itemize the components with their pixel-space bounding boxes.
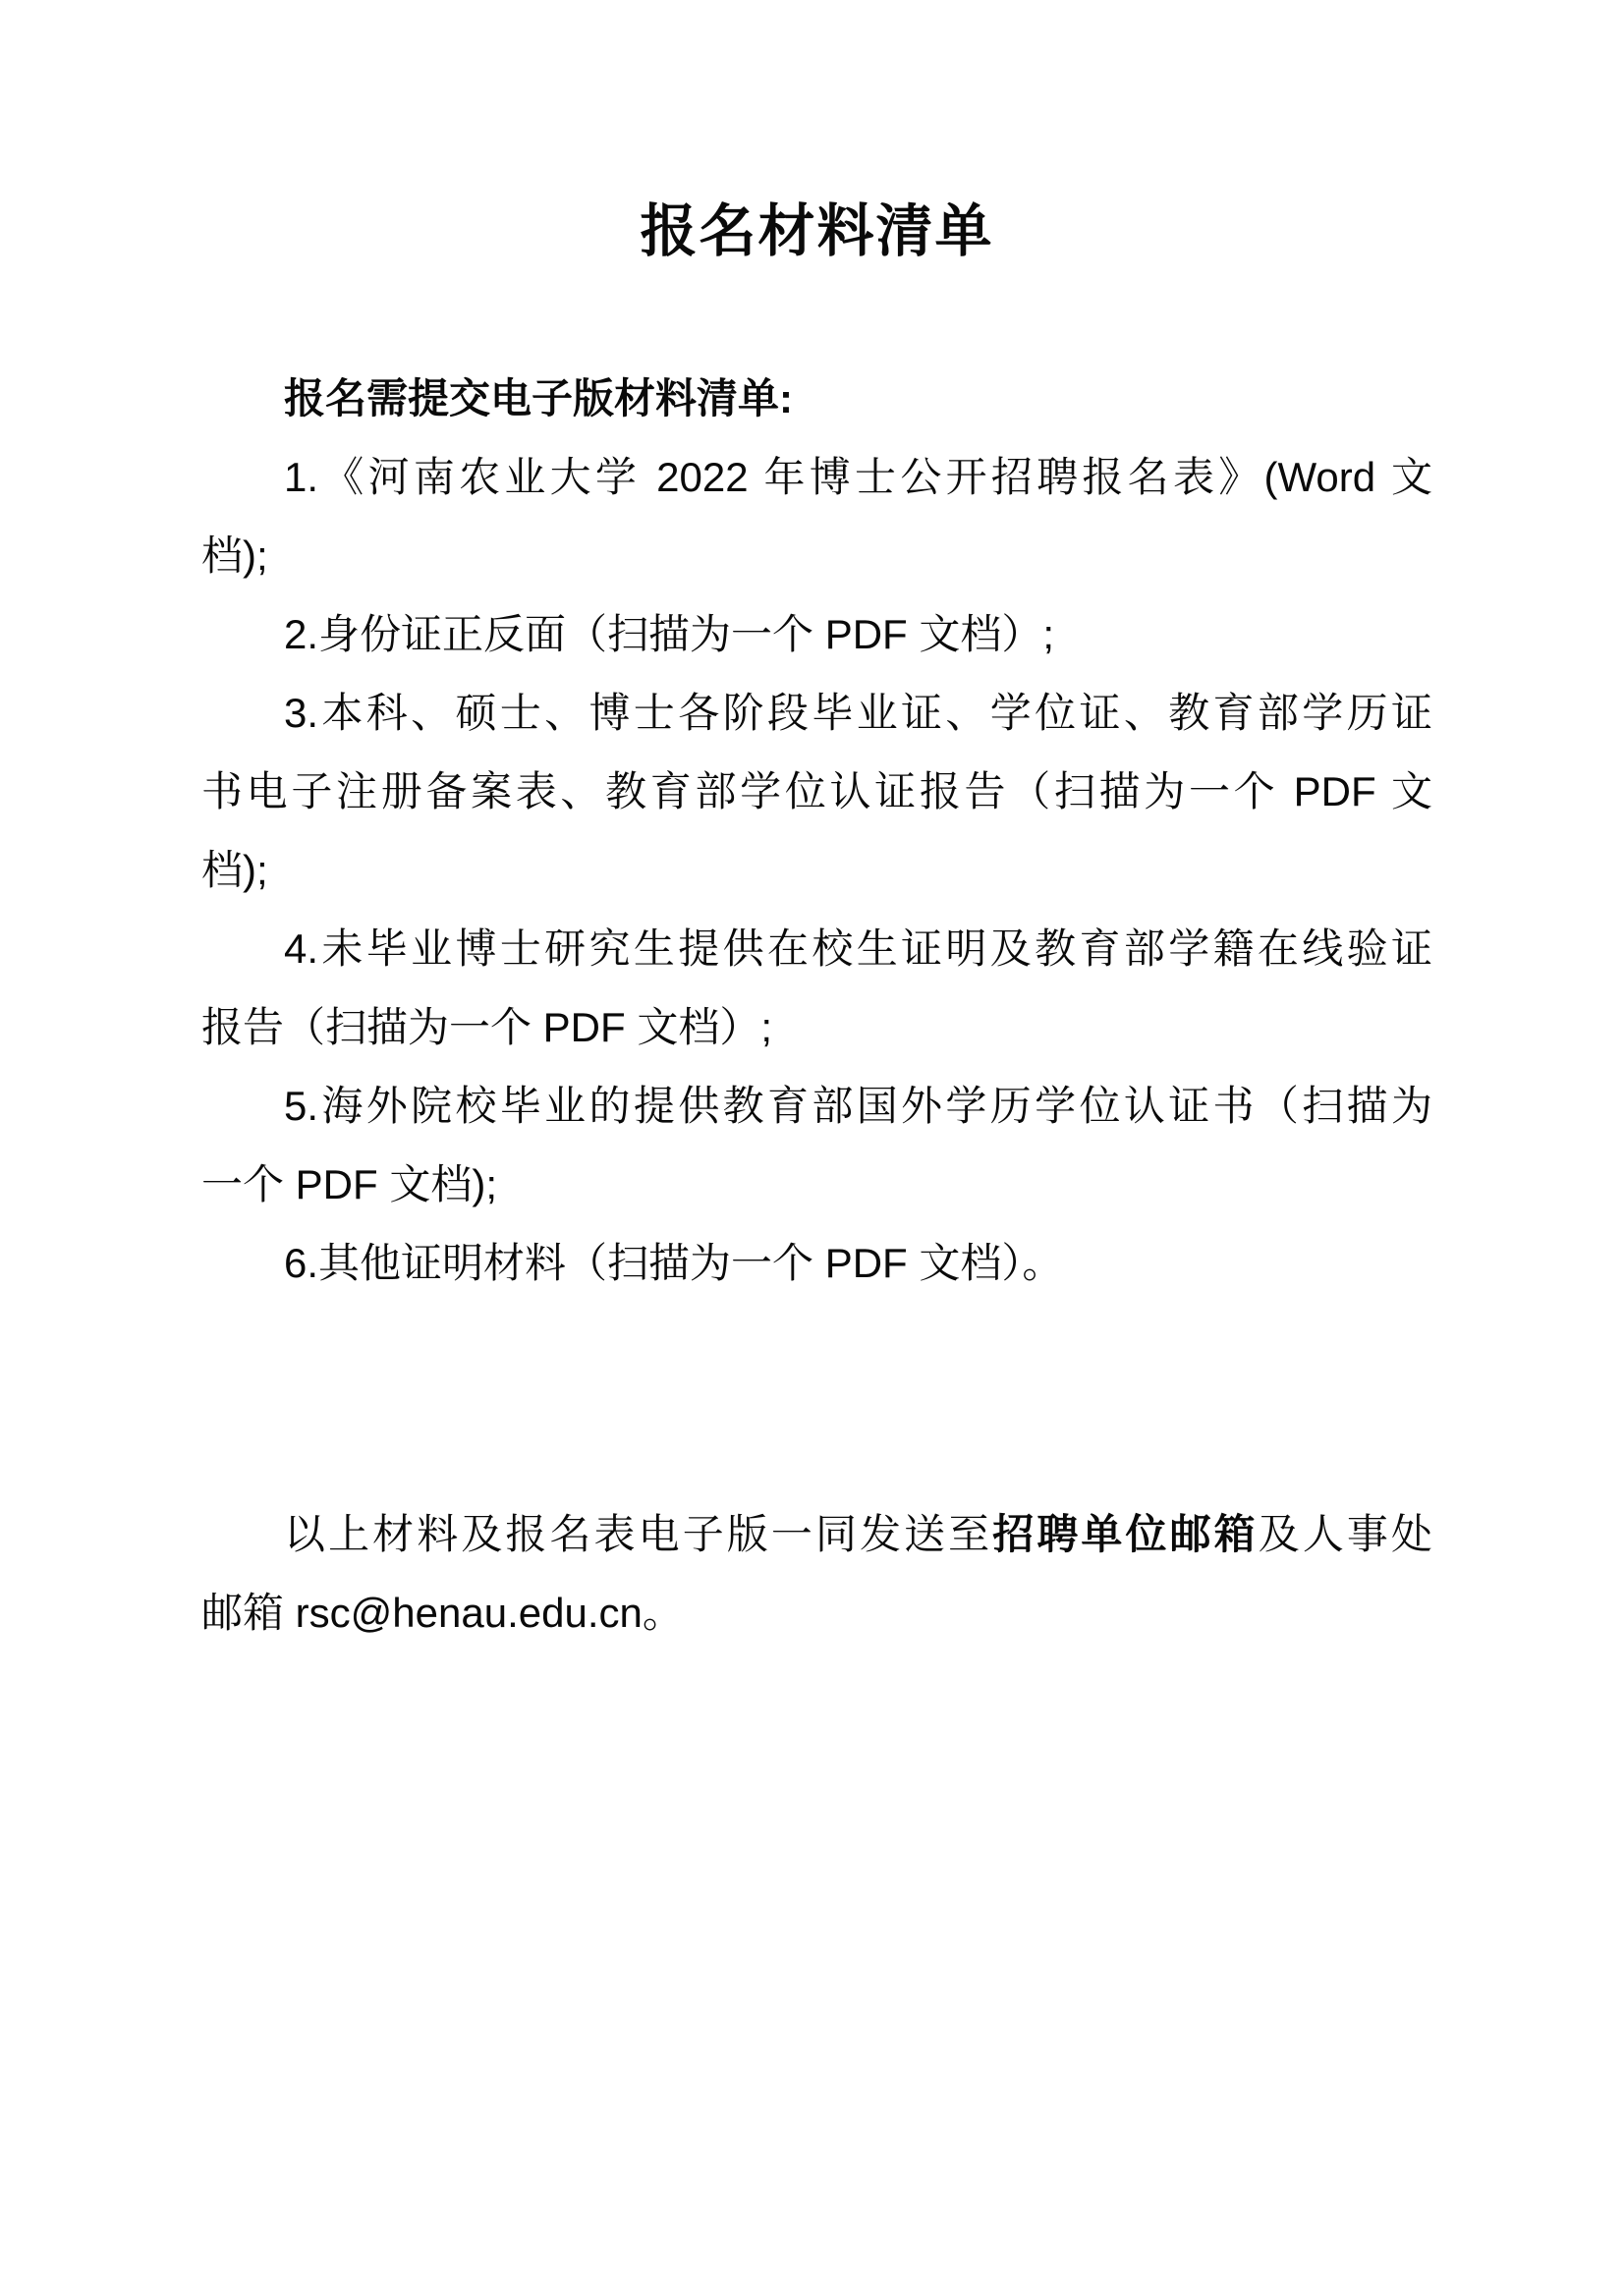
- text-segment: 邮箱: [201, 1590, 296, 1636]
- text-segment: 档);: [201, 847, 268, 893]
- text-segment: 4.未毕业博士研究生提供在校生证明及教育部学籍在线验证: [284, 925, 1432, 972]
- document-title: 报名材料清单: [201, 0, 1432, 267]
- text-line: 2.身份证正反面（扫描为一个 PDF 文档）;: [201, 595, 1432, 674]
- list-item-2: 2.身份证正反面（扫描为一个 PDF 文档）;: [201, 595, 1432, 674]
- email-address: rsc@henau.edu.cn: [296, 1590, 643, 1636]
- materials-list: 1.《河南农业大学 2022 年博士公开招聘报名表》(Word 文档);2.身份…: [201, 438, 1432, 1303]
- list-item-3: 3.本科、硕士、博士各阶段毕业证、学位证、教育部学历证书电子注册备案表、教育部学…: [201, 674, 1432, 910]
- list-item-5: 5.海外院校毕业的提供教育部国外学历学位认证书（扫描为一个 PDF 文档);: [201, 1067, 1432, 1224]
- text-line: 一个 PDF 文档);: [201, 1146, 1432, 1224]
- text-line: 5.海外院校毕业的提供教育部国外学历学位认证书（扫描为: [201, 1067, 1432, 1146]
- text-line: 4.未毕业博士研究生提供在校生证明及教育部学籍在线验证: [201, 910, 1432, 988]
- text-line: 6.其他证明材料（扫描为一个 PDF 文档）。: [201, 1224, 1432, 1303]
- text-segment: 档);: [201, 532, 268, 579]
- text-line: 3.本科、硕士、博士各阶段毕业证、学位证、教育部学历证: [201, 674, 1432, 753]
- text-segment: 5.海外院校毕业的提供教育部国外学历学位认证书（扫描为: [284, 1083, 1432, 1129]
- text-segment: 3.本科、硕士、博士各阶段毕业证、学位证、教育部学历证: [284, 690, 1432, 736]
- text-segment: 1.《河南农业大学 2022 年博士公开招聘报名表》(Word 文: [284, 454, 1432, 500]
- text-segment: 报告（扫描为一个 PDF 文档）;: [201, 1004, 772, 1050]
- text-line: 报告（扫描为一个 PDF 文档）;: [201, 988, 1432, 1067]
- text-segment: 。: [643, 1590, 684, 1636]
- list-item-4: 4.未毕业博士研究生提供在校生证明及教育部学籍在线验证报告（扫描为一个 PDF …: [201, 910, 1432, 1067]
- document-page: 报名材料清单 报名需提交电子版材料清单: 1.《河南农业大学 2022 年博士公…: [0, 0, 1624, 2296]
- text-segment: 6.其他证明材料（扫描为一个 PDF 文档）。: [284, 1240, 1063, 1286]
- closing-paragraph: 以上材料及报名表电子版一同发送至招聘单位邮箱及人事处邮箱 rsc@henau.e…: [201, 1495, 1432, 1652]
- text-segment: 以上材料及报名表电子版一同发送至: [284, 1511, 992, 1557]
- text-segment: 2.身份证正反面（扫描为一个 PDF 文档）;: [284, 611, 1054, 657]
- text-line: 书电子注册备案表、教育部学位认证报告（扫描为一个 PDF 文: [201, 753, 1432, 831]
- text-segment: 一个 PDF 文档);: [201, 1161, 497, 1207]
- list-heading: 报名需提交电子版材料清单:: [201, 360, 1432, 438]
- recruiting-unit-mailbox-bold: 招聘单位邮箱: [992, 1511, 1258, 1557]
- list-item-1: 1.《河南农业大学 2022 年博士公开招聘报名表》(Word 文档);: [201, 438, 1432, 595]
- text-segment: 及人事处: [1259, 1511, 1432, 1557]
- text-line: 以上材料及报名表电子版一同发送至招聘单位邮箱及人事处: [201, 1495, 1432, 1574]
- text-line: 档);: [201, 831, 1432, 910]
- text-line: 1.《河南农业大学 2022 年博士公开招聘报名表》(Word 文: [201, 438, 1432, 517]
- list-item-6: 6.其他证明材料（扫描为一个 PDF 文档）。: [201, 1224, 1432, 1303]
- text-line: 档);: [201, 517, 1432, 595]
- text-line: 邮箱 rsc@henau.edu.cn。: [201, 1574, 1432, 1652]
- text-segment: 书电子注册备案表、教育部学位认证报告（扫描为一个 PDF 文: [201, 768, 1432, 814]
